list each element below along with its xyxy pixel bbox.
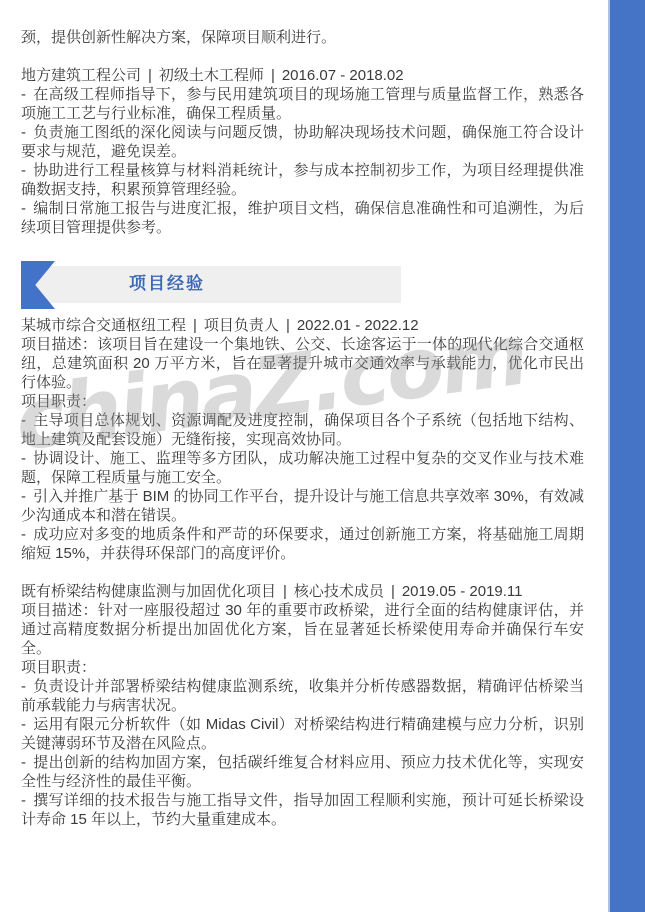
project-entry: 某城市综合交通枢纽工程|项目负责人|2022.01 - 2022.12 项目描述… — [21, 316, 584, 563]
job-bullet-item: -负责施工图纸的深化阅读与问题反馈，协助解决现场技术问题，确保施工符合设计要求与… — [21, 123, 584, 161]
job-bullet-item: -协助进行工程量核算与材料消耗统计，参与成本控制初步工作，为项目经理提供准确数据… — [21, 161, 584, 199]
bullet-marker: - — [21, 86, 33, 103]
project-role: 项目负责人 — [204, 317, 279, 334]
separator: | — [271, 67, 275, 84]
project-duty-item: -协调设计、施工、监理等多方团队，成功解决施工过程中复杂的交叉作业与技术难题，保… — [21, 449, 584, 487]
bullet-marker: - — [21, 162, 33, 179]
duty-text: 主导项目总体规划、资源调配及进度控制，确保项目各个子系统（包括地下结构、地上建筑… — [21, 412, 584, 448]
project-name: 某城市综合交通枢纽工程 — [21, 317, 186, 334]
project-duty-list: -主导项目总体规划、资源调配及进度控制，确保项目各个子系统（包括地下结构、地上建… — [21, 411, 584, 563]
bullet-text: 负责施工图纸的深化阅读与问题反馈，协助解决现场技术问题，确保施工符合设计要求与规… — [21, 124, 584, 160]
project-duty-item: -负责设计并部署桥梁结构健康监测系统，收集并分析传感器数据，精确评估桥梁当前承载… — [21, 677, 584, 715]
project-duty-item: -主导项目总体规划、资源调配及进度控制，确保项目各个子系统（包括地下结构、地上建… — [21, 411, 584, 449]
section-title: 项目经验 — [129, 273, 205, 295]
description-text: 针对一座服役超过 30 年的重要市政桥梁，进行全面的结构健康评估，并通过高精度数… — [21, 602, 584, 657]
project-description: 项目描述：该项目旨在建设一个集地铁、公交、长途客运于一体的现代化综合交通枢纽，总… — [21, 335, 584, 392]
project-duty-list: -负责设计并部署桥梁结构健康监测系统，收集并分析传感器数据，精确评估桥梁当前承载… — [21, 677, 584, 829]
duties-label: 项目职责： — [21, 658, 584, 677]
separator: | — [286, 317, 290, 334]
project-title-line: 某城市综合交通枢纽工程|项目负责人|2022.01 - 2022.12 — [21, 316, 584, 335]
bullet-text: 协助进行工程量核算与材料消耗统计，参与成本控制初步工作，为项目经理提供准确数据支… — [21, 162, 584, 198]
job-entry: 地方建筑工程公司|初级土木工程师|2016.07 - 2018.02 -在高级工… — [21, 66, 584, 237]
page-content: 颈，提供创新性解决方案，保障项目顺利进行。 地方建筑工程公司|初级土木工程师|2… — [21, 28, 584, 829]
project-role: 核心技术成员 — [294, 583, 384, 600]
duty-text: 撰写详细的技术报告与施工指导文件，指导加固工程顺利实施，预计可延长桥梁设计寿命 … — [21, 792, 584, 828]
separator: | — [283, 583, 287, 600]
project-duty-item: -撰写详细的技术报告与施工指导文件，指导加固工程顺利实施，预计可延长桥梁设计寿命… — [21, 791, 584, 829]
bullet-text: 编制日常施工报告与进度汇报，维护项目文档，确保信息准确性和可追溯性，为后续项目管… — [21, 200, 584, 236]
intro-paragraph: 颈，提供创新性解决方案，保障项目顺利进行。 — [21, 28, 584, 47]
project-period: 2019.05 - 2019.11 — [402, 583, 523, 600]
project-period: 2022.01 - 2022.12 — [297, 317, 419, 334]
job-period: 2016.07 - 2018.02 — [282, 67, 404, 84]
project-description: 项目描述：针对一座服役超过 30 年的重要市政桥梁，进行全面的结构健康评估，并通… — [21, 601, 584, 658]
resume-page: chinaZ.com 颈，提供创新性解决方案，保障项目顺利进行。 地方建筑工程公… — [0, 0, 645, 912]
bullet-text: 在高级工程师指导下，参与民用建筑项目的现场施工管理与质量监督工作，熟悉各项施工工… — [21, 86, 584, 122]
job-title-line: 地方建筑工程公司|初级土木工程师|2016.07 - 2018.02 — [21, 66, 584, 85]
bullet-marker: - — [21, 716, 33, 733]
job-role: 初级土木工程师 — [159, 67, 264, 84]
duty-text: 引入并推广基于 BIM 的协同工作平台，提升设计与施工信息共享效率 30%，有效… — [21, 488, 584, 524]
separator: | — [391, 583, 395, 600]
project-entry: 既有桥梁结构健康监测与加固优化项目|核心技术成员|2019.05 - 2019.… — [21, 582, 584, 829]
company-name: 地方建筑工程公司 — [21, 67, 141, 84]
bullet-marker: - — [21, 526, 33, 543]
separator: | — [148, 67, 152, 84]
project-title-line: 既有桥梁结构健康监测与加固优化项目|核心技术成员|2019.05 - 2019.… — [21, 582, 584, 601]
bullet-marker: - — [21, 200, 33, 217]
bullet-marker: - — [21, 678, 33, 695]
duty-text: 协调设计、施工、监理等多方团队，成功解决施工过程中复杂的交叉作业与技术难题，保障… — [21, 450, 584, 486]
project-duty-item: -引入并推广基于 BIM 的协同工作平台，提升设计与施工信息共享效率 30%，有… — [21, 487, 584, 525]
duty-text: 运用有限元分析软件（如 Midas Civil）对桥梁结构进行精确建模与应力分析… — [21, 716, 584, 752]
separator: | — [193, 317, 197, 334]
description-label: 项目描述： — [21, 602, 98, 619]
job-bullet-item: -编制日常施工报告与进度汇报，维护项目文档，确保信息准确性和可追溯性，为后续项目… — [21, 199, 584, 237]
bullet-marker: - — [21, 792, 33, 809]
description-text: 该项目旨在建设一个集地铁、公交、长途客运于一体的现代化综合交通枢纽，总建筑面积 … — [21, 336, 584, 391]
duty-text: 成功应对多变的地质条件和严苛的环保要求，通过创新施工方案，将基础施工周期缩短 1… — [21, 526, 584, 562]
duty-text: 提出创新的结构加固方案，包括碳纤维复合材料应用、预应力技术优化等，实现安全性与经… — [21, 754, 584, 790]
project-duty-item: -运用有限元分析软件（如 Midas Civil）对桥梁结构进行精确建模与应力分… — [21, 715, 584, 753]
section-header: 项目经验 — [21, 261, 584, 309]
bullet-marker: - — [21, 450, 33, 467]
bullet-marker: - — [21, 124, 33, 141]
project-duty-item: -成功应对多变的地质条件和严苛的环保要求，通过创新施工方案，将基础施工周期缩短 … — [21, 525, 584, 563]
job-bullet-list: -在高级工程师指导下，参与民用建筑项目的现场施工管理与质量监督工作，熟悉各项施工… — [21, 85, 584, 237]
duty-text: 负责设计并部署桥梁结构健康监测系统，收集并分析传感器数据，精确评估桥梁当前承载能… — [21, 678, 584, 714]
right-accent-bar — [608, 0, 645, 912]
project-name: 既有桥梁结构健康监测与加固优化项目 — [21, 583, 276, 600]
job-bullet-item: -在高级工程师指导下，参与民用建筑项目的现场施工管理与质量监督工作，熟悉各项施工… — [21, 85, 584, 123]
bullet-marker: - — [21, 754, 33, 771]
description-label: 项目描述： — [21, 336, 97, 353]
bullet-marker: - — [21, 488, 33, 505]
project-duty-item: -提出创新的结构加固方案，包括碳纤维复合材料应用、预应力技术优化等，实现安全性与… — [21, 753, 584, 791]
section-header-bar — [27, 266, 401, 303]
duties-label: 项目职责： — [21, 392, 584, 411]
bullet-marker: - — [21, 412, 33, 429]
